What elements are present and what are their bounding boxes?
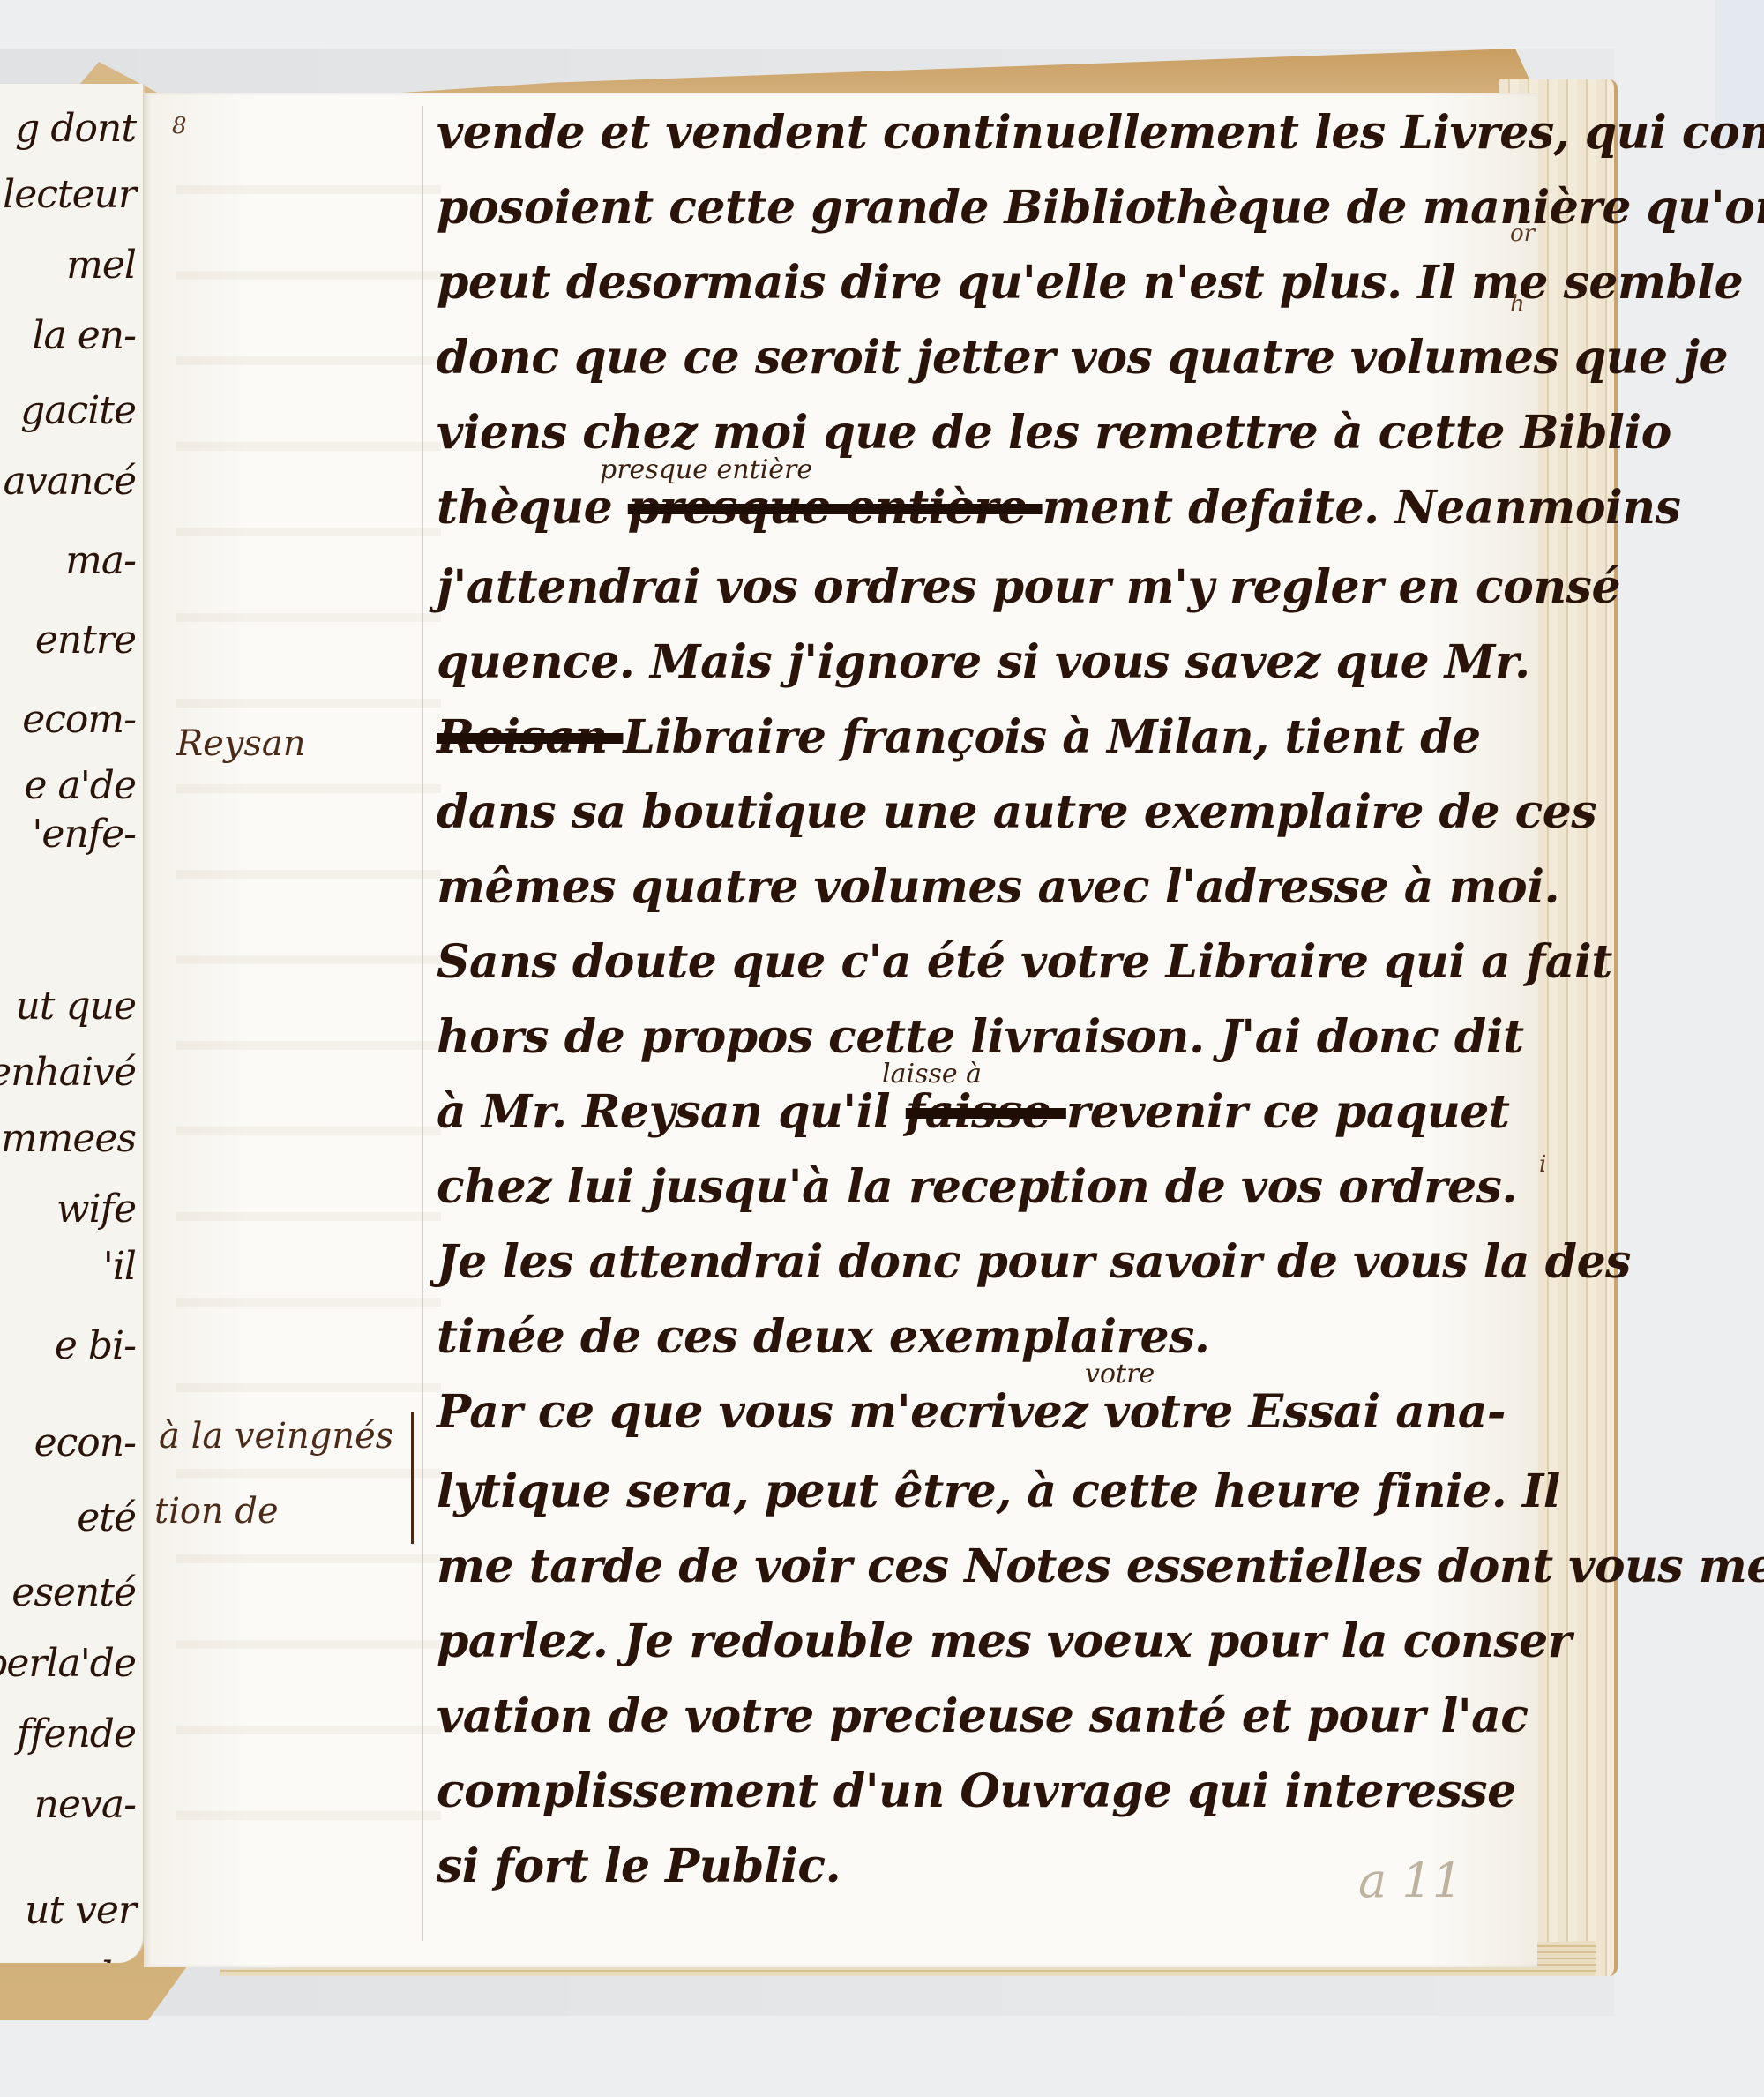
margin-rule xyxy=(422,106,423,1941)
left-page-line: ecom- xyxy=(22,697,136,742)
left-page-line: g dont xyxy=(15,106,136,151)
manuscript-line: lytique sera, peut être, à cette heure f… xyxy=(437,1464,1521,1518)
manuscript-line: j'attendrai vos ordres pour m'y regler e… xyxy=(437,560,1521,614)
left-page-line: ffende xyxy=(17,1711,136,1756)
line-text: quence. Mais j'ignore si vous savez que … xyxy=(437,635,1530,689)
left-page-line: gacite xyxy=(20,388,136,433)
manuscript-line: thèque presque entière ment defaite. Nea… xyxy=(437,481,1521,535)
left-page-line: du xyxy=(87,1954,136,1963)
manuscript-line: mêmes quatre volumes avec l'adresse à mo… xyxy=(437,860,1521,914)
manuscript-line: parlez. Je redouble mes voeux pour la co… xyxy=(437,1614,1521,1668)
left-page-line: neva- xyxy=(34,1782,136,1827)
manuscript-line: vation de votre precieuse santé et pour … xyxy=(437,1689,1521,1743)
left-page-line: penhaivé xyxy=(0,1050,136,1095)
line-text: tinée de ces deux exemplaires. xyxy=(437,1310,1210,1364)
line-text: chez lui jusqu'à la reception de vos ord… xyxy=(437,1160,1517,1214)
ink-bleed-through xyxy=(176,124,441,1888)
line-text: vende et vendent continuellement les Liv… xyxy=(437,106,1764,160)
manuscript-line: hors de propos cette livraison. J'ai don… xyxy=(437,1010,1521,1064)
manuscript-line: viens chez moi que de les remettre à cet… xyxy=(437,406,1521,460)
margin-bracket xyxy=(411,1412,414,1544)
folio-number: 8 xyxy=(172,113,187,139)
left-page: g dontlecteurmella en-gaciteavancéma-ent… xyxy=(0,84,145,1963)
line-text: vation de votre precieuse santé et pour … xyxy=(437,1689,1529,1743)
left-page-line: lecteur xyxy=(3,172,136,217)
struck-text: Reisan xyxy=(437,710,623,764)
struck-text: presque entière xyxy=(628,481,1043,535)
manuscript-line: Sans doute que c'a été votre Libraire qu… xyxy=(437,935,1521,989)
left-page-line: ut ver xyxy=(25,1888,136,1933)
edge-mark: i xyxy=(1539,1151,1546,1178)
struck-text: faisse xyxy=(906,1085,1066,1139)
left-page-line: 'enfe- xyxy=(32,812,136,857)
line-text: ment defaite. Neanmoins xyxy=(1043,481,1681,535)
left-page-line: eté xyxy=(77,1495,136,1540)
line-text: donc que ce seroit jetter vos quatre vol… xyxy=(437,331,1728,385)
edge-mark: or xyxy=(1510,221,1535,247)
line-text: hors de propos cette livraison. J'ai don… xyxy=(437,1010,1524,1064)
manuscript-line: vende et vendent continuellement les Liv… xyxy=(437,106,1521,160)
manuscript-line: donc que ce seroit jetter vos quatre vol… xyxy=(437,331,1521,385)
line-text: votre Essai ana- xyxy=(1103,1385,1506,1439)
left-page-line: esenté xyxy=(11,1570,136,1615)
left-page-line: entre xyxy=(35,618,136,663)
left-page-line: perla'de xyxy=(0,1641,136,1686)
line-text: à Mr. Reysan qu'il xyxy=(437,1085,906,1139)
line-text: Sans doute que c'a été votre Libraire qu… xyxy=(437,935,1612,989)
left-page-line: ma- xyxy=(65,538,136,583)
left-page-line: ut que xyxy=(15,984,136,1029)
line-text: si fort le Public. xyxy=(437,1839,841,1893)
line-text: complissement d'un Ouvrage qui interesse xyxy=(437,1764,1516,1818)
line-text: mêmes quatre volumes avec l'adresse à mo… xyxy=(437,860,1559,914)
left-page-line: econ- xyxy=(34,1420,136,1465)
line-text: j'attendrai vos ordres pour m'y regler e… xyxy=(437,560,1620,614)
manuscript-line: Par ce que vous m'ecrivez votre Essai an… xyxy=(437,1385,1521,1439)
left-page-line: e bi- xyxy=(55,1323,136,1368)
left-page-line: wife xyxy=(56,1187,136,1232)
left-page-line: e a'de xyxy=(24,763,136,808)
line-text: parlez. Je redouble mes voeux pour la co… xyxy=(437,1614,1572,1668)
margin-note: Reysan xyxy=(176,723,306,764)
line-text: lytique sera, peut être, à cette heure f… xyxy=(437,1464,1560,1518)
line-text: Je les attendrai donc pour savoir de vou… xyxy=(437,1235,1631,1289)
left-page-line: avancé xyxy=(4,459,136,504)
manuscript-line: tinée de ces deux exemplaires. xyxy=(437,1310,1521,1364)
left-page-line: mmees xyxy=(1,1116,136,1161)
manuscript-line: peut desormais dire qu'elle n'est plus. … xyxy=(437,256,1521,310)
line-text: Libraire françois à Milan, tient de xyxy=(623,710,1480,764)
manuscript-line: quence. Mais j'ignore si vous savez que … xyxy=(437,635,1521,689)
manuscript-line: chez lui jusqu'à la reception de vos ord… xyxy=(437,1160,1521,1214)
manuscript-line: Je les attendrai donc pour savoir de vou… xyxy=(437,1235,1521,1289)
manuscript-line: Reisan Libraire françois à Milan, tient … xyxy=(437,710,1521,764)
margin-note: tion de xyxy=(154,1491,279,1532)
manuscript-line: complissement d'un Ouvrage qui interesse xyxy=(437,1764,1521,1818)
left-page-line: mel xyxy=(66,243,136,288)
manuscript-line: me tarde de voir ces Notes essentielles … xyxy=(437,1539,1521,1593)
line-text: posoient cette grande Bibliothèque de ma… xyxy=(437,181,1764,235)
manuscript-line: posoient cette grande Bibliothèque de ma… xyxy=(437,181,1521,235)
line-text: dans sa boutique une autre exemplaire de… xyxy=(437,785,1596,839)
line-text: revenir ce paquet xyxy=(1066,1085,1510,1139)
line-text: peut desormais dire qu'elle n'est plus. … xyxy=(437,256,1743,310)
margin-note: à la veingnés xyxy=(159,1416,393,1457)
line-text: me tarde de voir ces Notes essentielles … xyxy=(437,1539,1764,1593)
line-text: viens chez moi que de les remettre à cet… xyxy=(437,406,1671,460)
left-page-line: la en- xyxy=(32,313,136,358)
line-text: thèque xyxy=(437,481,628,535)
manuscript-line: dans sa boutique une autre exemplaire de… xyxy=(437,785,1521,839)
line-text: Par ce que vous m'ecrivez xyxy=(437,1385,1103,1439)
pencil-mark: a 11 xyxy=(1358,1853,1462,1908)
manuscript-line: à Mr. Reysan qu'il faisse revenir ce paq… xyxy=(437,1085,1521,1139)
left-page-line: 'il xyxy=(103,1244,136,1289)
edge-mark: h xyxy=(1510,291,1525,318)
